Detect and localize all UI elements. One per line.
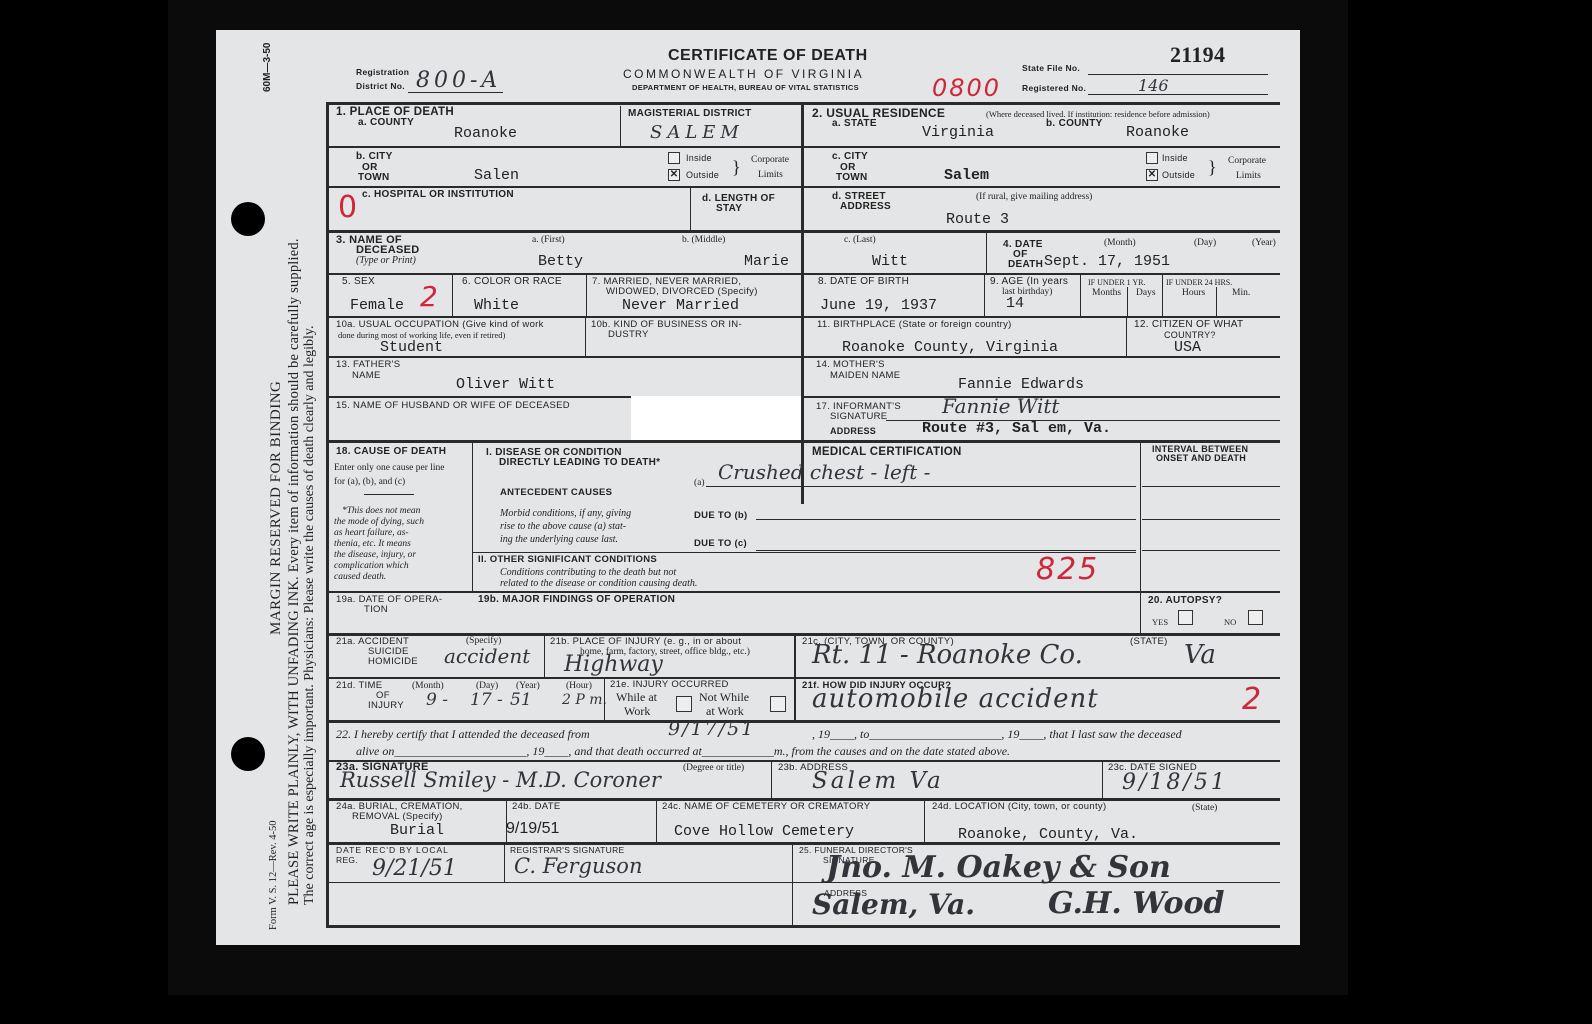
state-file-number: 21194: [1170, 44, 1225, 66]
state-file-label: State File No.: [1022, 63, 1080, 73]
residence-city-label: c. CITY: [832, 152, 868, 162]
date-received: 9/21/51: [372, 856, 457, 881]
attended-from-date: 9/17/51: [668, 718, 755, 740]
not-while-at-work-label: Not While: [699, 691, 749, 703]
not-while-at-work-label-2: at Work: [706, 705, 744, 717]
autopsy-yes-checkbox: [1178, 610, 1193, 625]
first-name: Betty: [538, 253, 583, 270]
date-of-death: Sept. 17, 1951: [1044, 253, 1170, 270]
injury-occurred-label: 21e. INJURY OCCURRED: [610, 680, 729, 690]
residence-outside-label: Outside: [1162, 170, 1195, 180]
burial-state-label: (State): [1192, 803, 1217, 813]
informant-signature-label: SIGNATURE: [830, 412, 887, 422]
date-signed: 9/18/51: [1122, 770, 1228, 795]
operation-findings-label: 19b. MAJOR FINDINGS OF OPERATION: [478, 595, 675, 605]
while-at-work-label-2: Work: [624, 705, 650, 717]
certificate-title: CERTIFICATE OF DEATH: [668, 48, 868, 64]
outside-label: Outside: [686, 170, 719, 180]
citizenship-value: USA: [1174, 339, 1201, 356]
informant-address: Route #3, Sal em, Va.: [922, 420, 1111, 437]
date-received-label: DATE REC'D BY LOCAL: [336, 845, 449, 855]
burial-location: Roanoke, County, Va.: [958, 826, 1138, 843]
death-label: DEATH: [1008, 260, 1043, 270]
cause-instruction-1: Enter only one cause per line: [334, 463, 445, 473]
mother-maiden-label: MAIDEN NAME: [830, 371, 900, 381]
form-code: 60M—3-50: [262, 43, 273, 92]
margin-instruction-1: PLEASE WRITE PLAINLY, WITH UNFADING INK.…: [286, 238, 303, 905]
under-24-hours-label: IF UNDER 24 HRS.: [1166, 278, 1232, 288]
magisterial-label: MAGISTERIAL DISTRICT: [628, 109, 752, 119]
binding-hole-bottom: [231, 737, 265, 771]
autopsy-label: 20. AUTOPSY?: [1148, 596, 1222, 606]
cause-of-death-label: 18. CAUSE OF DEATH: [336, 447, 446, 457]
first-name-label: a. (First): [532, 235, 565, 245]
antecedent-causes-label: ANTECEDENT CAUSES: [500, 488, 612, 498]
due-to-c-label: DUE TO (c): [694, 539, 747, 549]
death-county: Roanoke: [454, 125, 517, 142]
autopsy-no-label: NO: [1224, 617, 1236, 627]
last-name-label: c. (Last): [844, 235, 876, 245]
age-value: 14: [1006, 295, 1024, 312]
cause-note-4: thenia, etc. It means: [334, 539, 411, 549]
type-or-print-label: (Type or Print): [356, 256, 416, 266]
death-outside-checkbox: ✕: [668, 169, 680, 181]
injury-hour-label: (Hour): [566, 681, 592, 691]
residence-inside-label: Inside: [1162, 153, 1188, 163]
interval-label-2: ONSET AND DEATH: [1156, 454, 1246, 463]
date-received-label-2: REG.: [336, 855, 358, 865]
burial-location-label: 24d. LOCATION (City, town, or county): [932, 802, 1106, 812]
registration-label-1: Registration: [356, 68, 409, 77]
residence-city-town: TOWN: [836, 173, 868, 183]
cemetery-name: Cove Hollow Cemetery: [674, 823, 854, 840]
registered-value: 146: [1138, 76, 1169, 95]
certify-text-3: alive on______________________, 19____, …: [356, 745, 1010, 757]
residence-county-label: b. COUNTY: [1046, 119, 1103, 129]
physician-signature: Russell Smiley - M.D. Coroner: [340, 768, 661, 792]
other-conditions-note: Conditions contributing to the death but…: [500, 568, 676, 578]
hospital-red-mark: 0: [338, 190, 357, 225]
disposition-value: Burial: [390, 822, 444, 839]
certify-text: 22. I hereby certify that I attended the…: [336, 728, 590, 740]
while-at-work-label: While at: [616, 691, 657, 703]
magisterial-district: SALEM: [650, 122, 744, 143]
injury-place: Highway: [564, 652, 663, 677]
medical-cert-heading: MEDICAL CERTIFICATION: [812, 446, 962, 458]
sex-value: Female: [350, 297, 404, 314]
injury-label: INJURY: [368, 701, 404, 711]
funeral-director-signature: Jno. M. Oakey & Son: [826, 850, 1171, 885]
morbid-note: Morbid conditions, if any, giving: [500, 509, 631, 519]
month-label: (Month): [1104, 238, 1136, 248]
degree-label: (Degree or title): [683, 763, 744, 773]
cause-a-label: (a): [694, 478, 705, 488]
street-note: (If rural, give mailing address): [976, 192, 1092, 202]
residence-city: Salem: [944, 167, 989, 184]
sex-label: 5. SEX: [342, 277, 375, 287]
injury-type: accident: [444, 644, 530, 668]
residence-inside-checkbox: [1146, 152, 1158, 164]
race-label: 6. COLOR OR RACE: [462, 277, 562, 287]
county-label: a. COUNTY: [358, 118, 414, 128]
cause-note-3: as heart failure, as-: [334, 528, 409, 538]
inside-label: Inside: [686, 153, 712, 163]
cause-note-6: complication which: [334, 561, 409, 571]
sex-red-code: 2: [420, 280, 438, 313]
residence-limits-label: Limits: [1236, 171, 1261, 181]
registration-district-value: 800-A: [416, 68, 501, 93]
limits-label: Limits: [758, 170, 783, 180]
autopsy-yes-label: YES: [1152, 617, 1168, 627]
stay-label: STAY: [716, 204, 742, 214]
injury-year: 51: [510, 690, 532, 710]
business-label-2: DUSTRY: [608, 330, 649, 340]
morbid-note-3: ing the underlying cause last.: [500, 535, 618, 545]
residence-corporate-label: Corporate: [1228, 156, 1266, 166]
days-label: Days: [1136, 288, 1156, 298]
informant-address-label: ADDRESS: [830, 426, 876, 436]
commonwealth-title: COMMONWEALTH OF VIRGINIA: [623, 68, 864, 80]
operation-date-label: 19a. DATE OF OPERA-: [336, 595, 442, 605]
autopsy-no-checkbox: [1248, 610, 1263, 625]
injury-hour: 2 P m.: [562, 692, 607, 708]
mother-name: Fannie Edwards: [958, 376, 1084, 393]
occupation-label: 10a. USUAL OCCUPATION (Give kind of work: [336, 320, 544, 330]
cause-a-value: Crushed chest - left -: [718, 460, 930, 484]
registrar-signature: C. Ferguson: [514, 854, 642, 878]
brace-icon: }: [732, 156, 741, 178]
how-injury-occurred: automobile accident: [812, 684, 1099, 714]
informant-signature: Fannie Witt: [942, 394, 1059, 418]
funeral-address: Salem, Va.: [812, 888, 975, 921]
injury-month: 9 -: [426, 690, 448, 710]
department-title: DEPARTMENT OF HEALTH, BUREAU OF VITAL ST…: [632, 84, 859, 92]
cause-note-5: the disease, injury, or: [334, 550, 416, 560]
city-label: b. CITY: [356, 152, 393, 162]
minutes-label: Min.: [1232, 288, 1250, 298]
age-label: 9. AGE (In years: [990, 277, 1068, 287]
residence-state: Virginia: [922, 124, 994, 141]
burial-date: 9/19/51: [506, 820, 559, 838]
registered-label: Registered No.: [1022, 83, 1086, 93]
funeral-initials: G.H. Wood: [1048, 886, 1224, 921]
injury-state-label: (STATE): [1130, 637, 1168, 647]
operation-date-label-2: TION: [364, 605, 388, 615]
hours-label: Hours: [1182, 288, 1205, 298]
brace-icon: }: [1208, 156, 1217, 178]
physician-address: Salem Va: [812, 768, 944, 794]
mother-label: 14. MOTHER'S: [816, 360, 885, 370]
death-inside-checkbox: [668, 152, 680, 164]
death-certificate: 60M—3-50 MARGIN RESERVED FOR BINDING PLE…: [216, 30, 1300, 945]
months-label: Months: [1092, 288, 1121, 298]
injury-location: Rt. 11 - Roanoke Co.: [812, 640, 1083, 670]
place-of-injury-label: 21b. PLACE OF INJURY (e. g., in or about: [550, 637, 741, 647]
spouse-label: 15. NAME OF HUSBAND OR WIFE OF DECEASED: [336, 401, 570, 411]
marital-label-2: WIDOWED, DIVORCED (Specify): [606, 287, 758, 297]
middle-name-label: b. (Middle): [682, 235, 725, 245]
form-number: Form V. S. 12—Rev. 4-50: [268, 821, 279, 931]
date-of-birth: June 19, 1937: [820, 297, 937, 314]
injury-state: Va: [1184, 640, 1216, 670]
city-label-town: TOWN: [358, 173, 390, 183]
red-stamp-number: 0800: [932, 74, 1001, 102]
address-label: ADDRESS: [840, 202, 891, 212]
margin-reserved-text: MARGIN RESERVED FOR BINDING: [268, 381, 285, 635]
middle-name: Marie: [744, 253, 789, 270]
marital-status: Never Married: [622, 297, 739, 314]
father-name-label: NAME: [352, 371, 381, 381]
certify-text-2: , 19____, to______________________, 19__…: [812, 728, 1182, 740]
race-value: White: [474, 297, 519, 314]
binding-hole-top: [231, 202, 265, 236]
birthplace-value: Roanoke County, Virginia: [842, 339, 1058, 356]
day-label: (Day): [1194, 238, 1216, 248]
redacted-spouse-name: [631, 396, 801, 442]
residence-street: Route 3: [946, 211, 1009, 228]
registration-label-2: District No.: [356, 82, 405, 91]
year-label: (Year): [1252, 238, 1276, 248]
cause-red-code: 825: [1036, 552, 1099, 587]
birthplace-label: 11. BIRTHPLACE (State or foreign country…: [817, 320, 1012, 330]
cause-note-2: the mode of dying, such: [334, 517, 424, 527]
morbid-note-2: rise to the above cause (a) stat-: [500, 522, 626, 532]
father-label: 13. FATHER'S: [336, 360, 400, 370]
cause-note: *This does not mean: [342, 506, 420, 516]
not-while-at-work-checkbox: [770, 696, 786, 712]
residence-outside-checkbox: ✕: [1146, 169, 1158, 181]
corporate-label: Corporate: [751, 155, 789, 165]
father-name: Oliver Witt: [456, 376, 555, 393]
margin-instruction-2: The correct age is especially important.…: [302, 326, 318, 906]
under-1-year-label: IF UNDER 1 YR.: [1088, 278, 1145, 288]
dob-label: 8. DATE OF BIRTH: [818, 277, 909, 287]
injury-red-code: 2: [1242, 682, 1261, 717]
due-to-b-label: DUE TO (b): [694, 511, 748, 521]
occupation-value: Student: [380, 339, 443, 356]
cause-note-7: caused death.: [334, 572, 386, 582]
citizen-label: 12. CITIZEN OF WHAT: [1134, 320, 1243, 330]
burial-date-label: 24b. DATE: [512, 802, 560, 812]
state-label: a. STATE: [832, 119, 877, 129]
cause-instruction-2: for (a), (b), and (c): [334, 477, 405, 487]
death-city: Salen: [474, 167, 519, 184]
other-conditions-note-2: related to the disease or condition caus…: [500, 579, 697, 589]
injury-day: 17 -: [470, 690, 503, 710]
disease-label-2: DIRECTLY LEADING TO DEATH*: [499, 458, 660, 468]
while-at-work-checkbox: [676, 696, 692, 712]
residence-county: Roanoke: [1126, 124, 1189, 141]
hospital-label: c. HOSPITAL OR INSTITUTION: [362, 190, 514, 200]
disposition-label-2: REMOVAL (Specify): [352, 812, 443, 822]
last-name: Witt: [872, 253, 908, 270]
other-conditions-label: II. OTHER SIGNIFICANT CONDITIONS: [478, 555, 657, 565]
cemetery-label: 24c. NAME OF CEMETERY OR CREMATORY: [662, 802, 870, 812]
homicide-label: HOMICIDE: [368, 657, 418, 667]
